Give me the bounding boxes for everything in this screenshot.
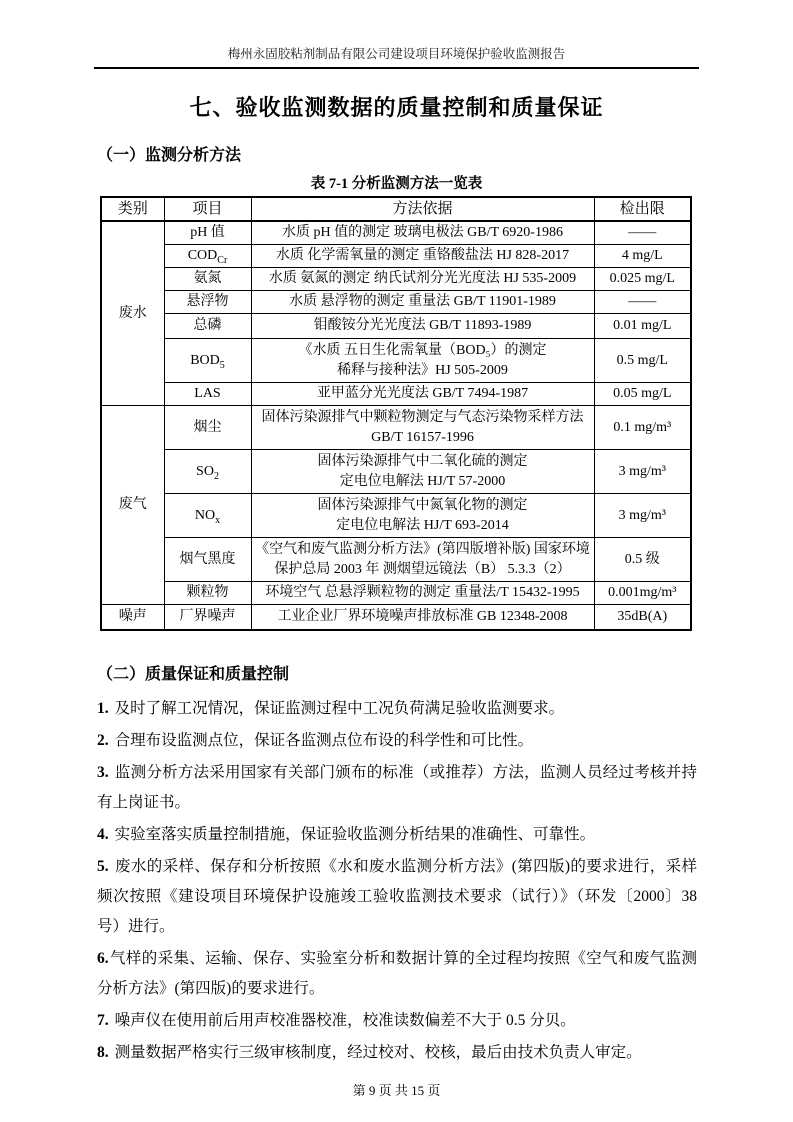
section-2-heading: （二）质量保证和质量控制 [97,661,793,684]
item-cell: 颗粒物 [164,582,251,605]
table-row: 总磷 钼酸铵分光光度法 GB/T 11893-1989 0.01 mg/L [101,314,691,339]
item-cell: NOx [164,494,251,538]
qa-item-4: 4.实验室落实质量控制措施，保证验收监测分析结果的准确性、可靠性。 [97,820,697,850]
page-number: 第 9 页 共 15 页 [0,1080,793,1099]
qa-item-number: 1. [97,700,109,717]
item-cell: 总磷 [164,314,251,339]
table-row: 颗粒物 环境空气 总悬浮颗粒物的测定 重量法/T 15432-1995 0.00… [101,582,691,605]
qa-item-number: 4. [97,826,109,843]
category-cell-noise: 噪声 [101,605,164,630]
qa-item-number: 2. [97,732,109,749]
method-line: 固体污染源排气中颗粒物测定与气态污染物采样方法 [255,408,591,428]
method-cell: 环境空气 总悬浮颗粒物的测定 重量法/T 15432-1995 [251,582,594,605]
table-row: 废气 烟尘 固体污染源排气中颗粒物测定与气态污染物采样方法 GB/T 16157… [101,406,691,450]
method-cell: 水质 pH 值的测定 玻璃电极法 GB/T 6920-1986 [251,221,594,245]
item-main: SO [196,464,214,479]
qa-item-number: 7. [97,1012,109,1029]
limit-cell: 4 mg/L [594,245,691,268]
method-line: 亚甲蓝分光光度法 GB/T 7494-1987 [255,384,591,404]
method-cell: 水质 化学需氧量的测定 重铬酸盐法 HJ 828-2017 [251,245,594,268]
limit-cell: 0.1 mg/m³ [594,406,691,450]
qa-list: 1.及时了解工况情况，保证监测过程中工况负荷满足验收监测要求。 2.合理布设监测… [97,694,697,1068]
qa-item-number: 6. [97,950,109,967]
section-1-heading: （一）监测分析方法 [97,142,793,165]
item-main: BOD [190,353,220,368]
method-line: 《水质 五日生化需氧量（BOD₅）的测定 [255,341,591,361]
qa-item-text: 废水的采样、保存和分析按照《水和废水监测分析方法》(第四版)的要求进行，采样频次… [97,858,697,935]
qa-item-3: 3.监测分析方法采用国家有关部门颁布的标准（或推荐）方法，监测人员经过考核并持有… [97,758,697,818]
qa-item-text: 监测分析方法采用国家有关部门颁布的标准（或推荐）方法，监测人员经过考核并持有上岗… [97,764,697,811]
col-header-category: 类别 [101,197,164,221]
document-page: 梅州永固胶粘剂制品有限公司建设项目环境保护验收监测报告 七、验收监测数据的质量控… [0,0,793,1122]
method-cell: 《空气和废气监测分析方法》(第四版增补版) 国家环境 保护总局 2003 年 测… [251,538,594,582]
qa-item-2: 2.合理布设监测点位，保证各监测点位布设的科学性和可比性。 [97,726,697,756]
limit-cell: 0.001mg/m³ [594,582,691,605]
limit-cell: 0.01 mg/L [594,314,691,339]
limit-cell: —— [594,291,691,314]
item-subscript: 5 [220,359,225,370]
category-cell-wastewater: 废水 [101,221,164,406]
method-line: 定电位电解法 HJ/T 693-2014 [255,516,591,536]
method-cell: 固体污染源排气中二氧化硫的测定 定电位电解法 HJ/T 57-2000 [251,450,594,494]
item-cell: 氨氮 [164,268,251,291]
table-row: NOx 固体污染源排气中氮氧化物的测定 定电位电解法 HJ/T 693-2014… [101,494,691,538]
page-title: 七、验收监测数据的质量控制和质量保证 [0,91,793,122]
item-main: COD [188,248,218,263]
item-cell: LAS [164,383,251,406]
limit-cell: 0.5 mg/L [594,339,691,383]
qa-item-text: 气样的采集、运输、保存、实验室分析和数据计算的全过程均按照《空气和废气监测分析方… [97,950,697,997]
table-row: CODCr 水质 化学需氧量的测定 重铬酸盐法 HJ 828-2017 4 mg… [101,245,691,268]
limit-cell: 0.5 级 [594,538,691,582]
method-cell: 工业企业厂界环境噪声排放标准 GB 12348-2008 [251,605,594,630]
method-line: 水质 pH 值的测定 玻璃电极法 GB/T 6920-1986 [255,223,591,243]
method-line: GB/T 16157-1996 [255,428,591,448]
qa-item-text: 及时了解工况情况，保证监测过程中工况负荷满足验收监测要求。 [115,700,565,717]
method-cell: 水质 悬浮物的测定 重量法 GB/T 11901-1989 [251,291,594,314]
limit-cell: —— [594,221,691,245]
table-row: 废水 pH 值 水质 pH 值的测定 玻璃电极法 GB/T 6920-1986 … [101,221,691,245]
col-header-method: 方法依据 [251,197,594,221]
item-main: NO [195,508,215,523]
qa-item-text: 测量数据严格实行三级审核制度，经过校对、校核，最后由技术负责人审定。 [115,1044,642,1061]
method-cell: 水质 氨氮的测定 纳氏试剂分光光度法 HJ 535-2009 [251,268,594,291]
col-header-item: 项目 [164,197,251,221]
item-cell: 烟气黑度 [164,538,251,582]
item-cell: 烟尘 [164,406,251,450]
method-line: 水质 化学需氧量的测定 重铬酸盐法 HJ 828-2017 [255,246,591,266]
method-cell: 亚甲蓝分光光度法 GB/T 7494-1987 [251,383,594,406]
method-line: 固体污染源排气中二氧化硫的测定 [255,452,591,472]
qa-item-text: 噪声仪在使用前后用声校准器校准，校准读数偏差不大于 0.5 分贝。 [115,1012,576,1029]
method-line: 工业企业厂界环境噪声排放标准 GB 12348-2008 [255,607,591,627]
table-row: SO2 固体污染源排气中二氧化硫的测定 定电位电解法 HJ/T 57-2000 … [101,450,691,494]
method-line: 定电位电解法 HJ/T 57-2000 [255,472,591,492]
col-header-limit: 检出限 [594,197,691,221]
qa-item-number: 3. [97,764,109,781]
qa-item-1: 1.及时了解工况情况，保证监测过程中工况负荷满足验收监测要求。 [97,694,697,724]
item-cell: BOD5 [164,339,251,383]
methods-table: 类别 项目 方法依据 检出限 废水 pH 值 水质 pH 值的测定 玻璃电极法 … [100,196,692,631]
method-line: 水质 氨氮的测定 纳氏试剂分光光度法 HJ 535-2009 [255,269,591,289]
qa-item-text: 实验室落实质量控制措施，保证验收监测分析结果的准确性、可靠性。 [115,826,596,843]
qa-item-number: 8. [97,1044,109,1061]
item-cell: pH 值 [164,221,251,245]
item-subscript: x [215,514,220,525]
qa-item-6: 6.气样的采集、运输、保存、实验室分析和数据计算的全过程均按照《空气和废气监测分… [97,944,697,1004]
table-row: BOD5 《水质 五日生化需氧量（BOD₅）的测定 稀释与接种法》HJ 505-… [101,339,691,383]
method-line: 钼酸铵分光光度法 GB/T 11893-1989 [255,316,591,336]
table-row: 氨氮 水质 氨氮的测定 纳氏试剂分光光度法 HJ 535-2009 0.025 … [101,268,691,291]
qa-item-number: 5. [97,858,109,875]
table-row: 悬浮物 水质 悬浮物的测定 重量法 GB/T 11901-1989 —— [101,291,691,314]
limit-cell: 3 mg/m³ [594,494,691,538]
document-header: 梅州永固胶粘剂制品有限公司建设项目环境保护验收监测报告 [0,0,793,62]
limit-cell: 0.05 mg/L [594,383,691,406]
method-cell: 钼酸铵分光光度法 GB/T 11893-1989 [251,314,594,339]
item-subscript: Cr [217,255,227,266]
method-line: 水质 悬浮物的测定 重量法 GB/T 11901-1989 [255,292,591,312]
qa-item-text: 合理布设监测点位，保证各监测点位布设的科学性和可比性。 [115,732,534,749]
item-cell: CODCr [164,245,251,268]
qa-item-8: 8.测量数据严格实行三级审核制度，经过校对、校核，最后由技术负责人审定。 [97,1038,697,1068]
qa-item-5: 5.废水的采样、保存和分析按照《水和废水监测分析方法》(第四版)的要求进行，采样… [97,852,697,942]
table-row: LAS 亚甲蓝分光光度法 GB/T 7494-1987 0.05 mg/L [101,383,691,406]
method-line: 保护总局 2003 年 测烟望远镜法（B） 5.3.3（2） [255,560,591,580]
table-caption: 表 7-1 分析监测方法一览表 [0,172,793,193]
method-line: 稀释与接种法》HJ 505-2009 [255,361,591,381]
table-row: 噪声 厂界噪声 工业企业厂界环境噪声排放标准 GB 12348-2008 35d… [101,605,691,630]
method-cell: 固体污染源排气中颗粒物测定与气态污染物采样方法 GB/T 16157-1996 [251,406,594,450]
category-cell-exhaust-gas: 废气 [101,406,164,605]
item-subscript: 2 [214,470,219,481]
method-line: 环境空气 总悬浮颗粒物的测定 重量法/T 15432-1995 [255,583,591,603]
table-header-row: 类别 项目 方法依据 检出限 [101,197,691,221]
item-cell: 厂界噪声 [164,605,251,630]
header-rule [94,67,699,69]
item-cell: SO2 [164,450,251,494]
method-cell: 固体污染源排气中氮氧化物的测定 定电位电解法 HJ/T 693-2014 [251,494,594,538]
limit-cell: 0.025 mg/L [594,268,691,291]
limit-cell: 3 mg/m³ [594,450,691,494]
method-line: 《空气和废气监测分析方法》(第四版增补版) 国家环境 [255,540,591,560]
qa-item-7: 7.噪声仪在使用前后用声校准器校准，校准读数偏差不大于 0.5 分贝。 [97,1006,697,1036]
table-row: 烟气黑度 《空气和废气监测分析方法》(第四版增补版) 国家环境 保护总局 200… [101,538,691,582]
item-cell: 悬浮物 [164,291,251,314]
method-line: 固体污染源排气中氮氧化物的测定 [255,496,591,516]
method-cell: 《水质 五日生化需氧量（BOD₅）的测定 稀释与接种法》HJ 505-2009 [251,339,594,383]
limit-cell: 35dB(A) [594,605,691,630]
